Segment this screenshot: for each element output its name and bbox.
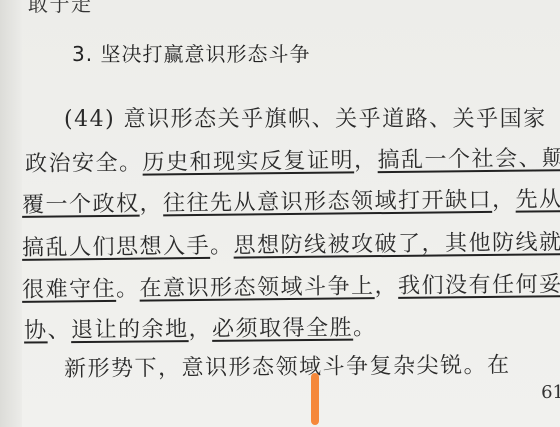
text: 。 — [210, 234, 234, 259]
paragraph-line-3: 覆一个政权，往往先从意识形态领域打开缺口，先从 — [22, 182, 560, 219]
underlined-text: 往往先从意识形态领域打开缺口 — [163, 188, 492, 216]
underlined-text: 在意识形态领域斗争上 — [139, 274, 374, 301]
underlined-text: 很难守住 — [22, 277, 116, 303]
section-heading: 3. 坚决打赢意识形态斗争 — [72, 38, 310, 67]
text: ， — [492, 188, 516, 213]
orange-annotation-mark — [311, 373, 319, 425]
paragraph-line-7: 新形势下，意识形态领域斗争复杂尖锐。在 — [64, 348, 511, 383]
underlined-text: 历史和现实反复证明 — [142, 148, 354, 175]
paragraph-line-4: 搞乱人们思想入手。思想防线被攻破了，其他防线就 — [22, 225, 560, 262]
text: (44) 意识形态关乎旗帜、关乎道路、关乎国家 — [64, 107, 547, 132]
text: 新形势下，意识形态领域斗争复杂尖锐。在 — [64, 353, 511, 382]
underlined-text: 必须取得全胜 — [212, 316, 353, 342]
underlined-text: 先从 — [515, 187, 560, 212]
text: 、 — [47, 318, 71, 343]
underlined-text: 协 — [24, 318, 48, 343]
text: ， — [354, 148, 378, 173]
page-number: 61 — [541, 382, 560, 403]
text: 。 — [353, 315, 377, 340]
paragraph-line-5: 很难守住。在意识形态领域斗争上，我们没有任何妥 — [22, 267, 560, 304]
cut-off-text: 敢于走 — [28, 0, 93, 17]
underlined-text: 思想防线被攻破了，其他防线就 — [233, 230, 560, 258]
underlined-text: 搞乱一个社会、颠 — [377, 146, 560, 173]
underlined-text: 搞乱人们思想入手 — [22, 234, 210, 261]
text: ， — [139, 191, 163, 216]
underlined-text: 我们没有任何妥 — [398, 272, 560, 299]
text: 政治安全。 — [25, 151, 143, 177]
underlined-text: 退让的余地 — [71, 317, 189, 343]
text: ， — [374, 274, 398, 299]
underlined-text: 覆一个政权 — [22, 192, 140, 218]
paragraph-line-1: (44) 意识形态关乎旗帜、关乎道路、关乎国家 — [64, 102, 547, 133]
paragraph-line-6: 协、退让的余地，必须取得全胜。 — [24, 310, 377, 344]
page-binding-shadow — [0, 0, 22, 427]
text: ， — [188, 317, 212, 342]
paragraph-line-2: 政治安全。历史和现实反复证明，搞乱一个社会、颠 — [25, 141, 560, 178]
text: 。 — [116, 277, 140, 302]
